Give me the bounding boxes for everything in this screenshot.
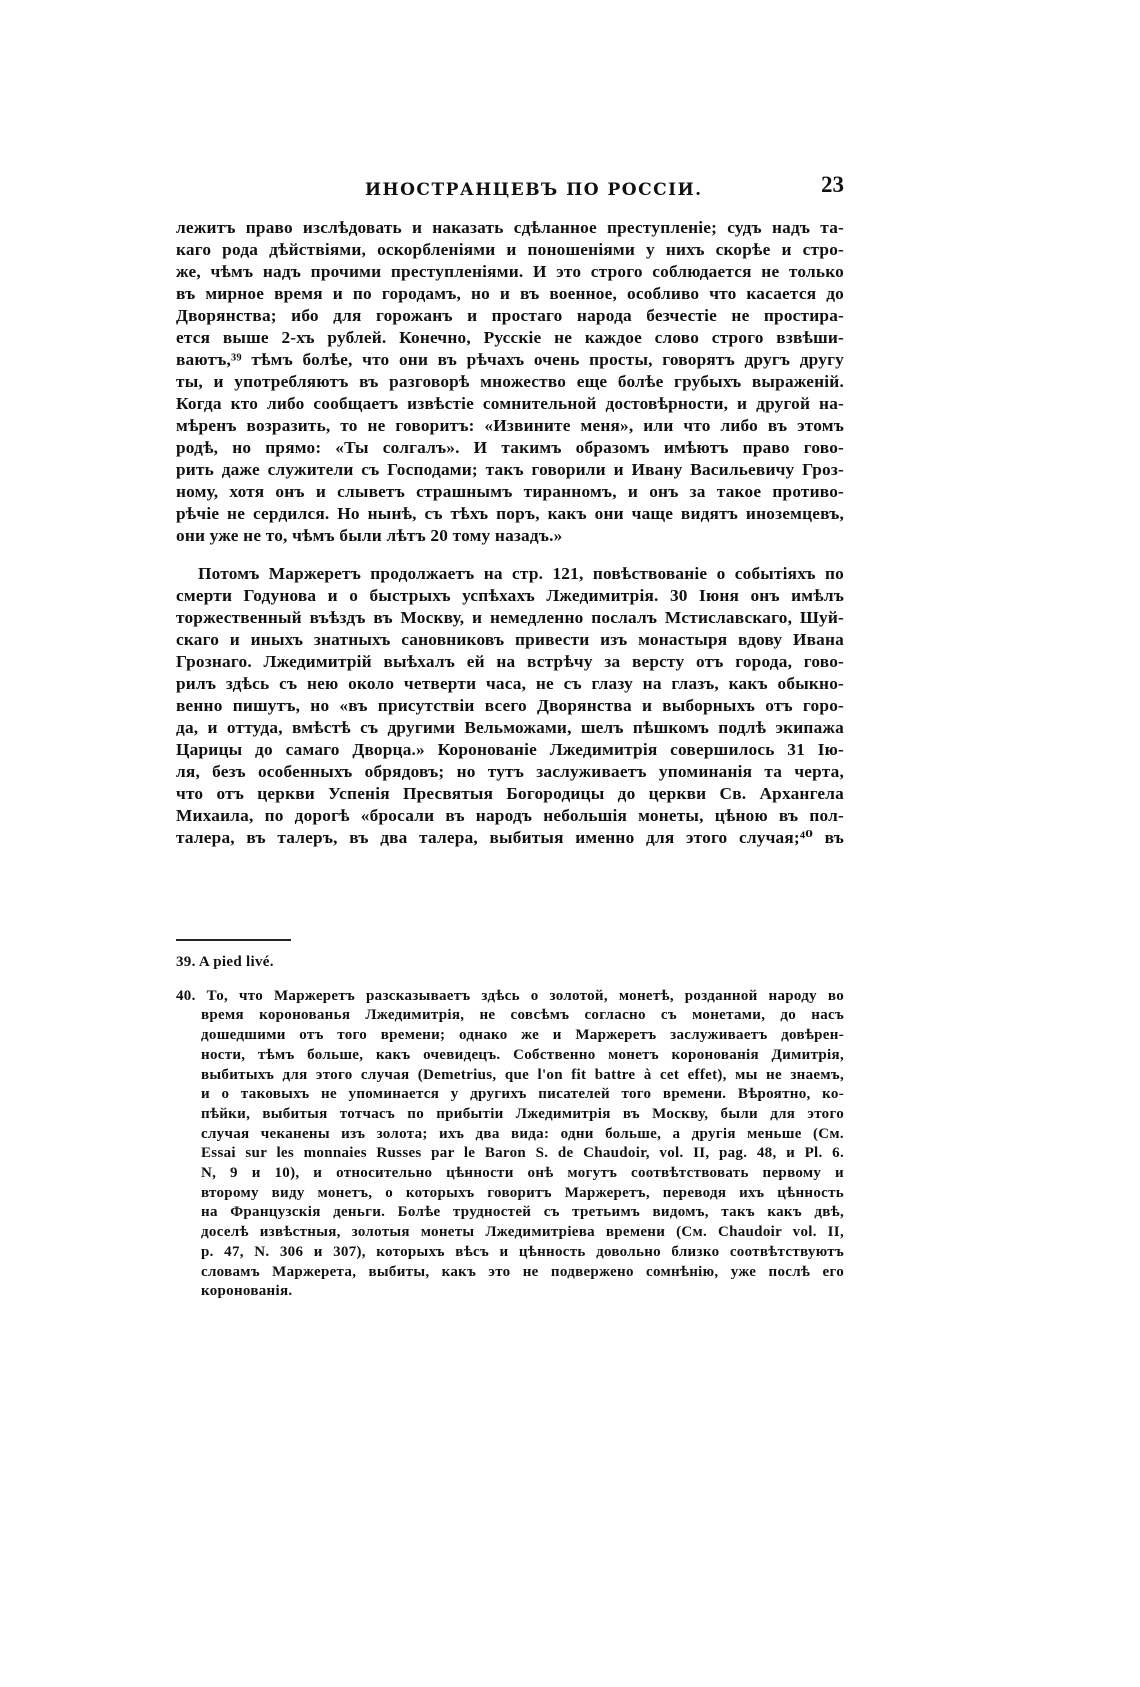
footnote-separator: [176, 939, 291, 941]
text-line: Когда кто либо сообщаетъ извѣстіе сомнит…: [176, 393, 844, 415]
footnote-text: То, что Маржеретъ разсказываетъ здѣсь о …: [207, 988, 844, 1004]
text-line: да, и оттуда, вмѣстѣ съ другими Вельможа…: [176, 717, 844, 739]
text-line: рѣчіе не сердился. Но нынѣ, съ тѣхъ поръ…: [176, 503, 844, 525]
text-line: родѣ, но прямо: «Ты солгалъ». И такимъ о…: [176, 437, 844, 459]
footnote-line: второму виду монетъ, о которыхъ говоритъ…: [176, 1184, 844, 1204]
footnote-line: и о таковыхъ не упоминается у другихъ пи…: [176, 1085, 844, 1105]
footnote-line: выбитыхъ для этого случая (Demetrius, qu…: [176, 1066, 844, 1086]
text-line: рилъ здѣсь съ нею около четверти часа, н…: [176, 673, 844, 695]
text-line: ному, хотя онъ и слыветъ страшнымъ тиран…: [176, 481, 844, 503]
text-line: же, чѣмъ надъ прочими преступленіями. И …: [176, 261, 844, 283]
body-text: лежитъ право изслѣдовать и наказать сдѣл…: [176, 217, 844, 849]
text-line: венно пишутъ, но «въ присутствіи всего Д…: [176, 695, 844, 717]
paragraph-gap: [176, 547, 844, 563]
text-line: мѣренъ возразить, то не говоритъ: «Извин…: [176, 415, 844, 437]
footnote-line: p. 47, N. 306 и 307), которыхъ вѣсъ и цѣ…: [176, 1243, 844, 1263]
text-line: торжественный въѣздъ въ Москву, и немедл…: [176, 607, 844, 629]
text-line: что отъ церкви Успенія Пресвятыя Богород…: [176, 783, 844, 805]
footnote-line: на Французскія деньги. Болѣе трудностей …: [176, 1203, 844, 1223]
text-line: Грознаго. Лжедимитрій выѣхалъ ей на встр…: [176, 651, 844, 673]
text-line: смерти Годунова и о быстрыхъ успѣхахъ Лж…: [176, 585, 844, 607]
text-line: ется выше 2-хъ рублей. Конечно, Русскіе …: [176, 327, 844, 349]
running-title: ИНОСТРАНЦЕВЪ ПО РОССІИ.: [365, 180, 703, 200]
footnote-39: 39. A pied livé.: [176, 953, 844, 973]
footnotes: 39. A pied livé. 40. То, что Маржеретъ р…: [176, 953, 844, 1302]
footnote-line: ности, тѣмъ больше, какъ очевидецъ. Собс…: [176, 1046, 844, 1066]
paragraph-2: Потомъ Маржеретъ продолжаетъ на стр. 121…: [176, 563, 844, 849]
text-line: ля, безъ особенныхъ обрядовъ; но тутъ за…: [176, 761, 844, 783]
page-number: 23: [821, 172, 844, 198]
footnote-line: Essai sur les monnaies Russes par le Bar…: [176, 1144, 844, 1164]
footnote-text: A pied livé.: [199, 954, 274, 970]
page-header: ИНОСТРАНЦЕВЪ ПО РОССІИ. 23: [176, 176, 846, 206]
text-line: ты, и употребляютъ въ разговорѣ множеств…: [176, 371, 844, 393]
text-line: Потомъ Маржеретъ продолжаетъ на стр. 121…: [176, 563, 844, 585]
text-line: ваютъ,³⁹ тѣмъ болѣе, что они въ рѣчахъ о…: [176, 349, 844, 371]
text-line: въ мирное время и по городамъ, но и въ в…: [176, 283, 844, 305]
text-line: лежитъ право изслѣдовать и наказать сдѣл…: [176, 217, 844, 239]
footnote-gap: [176, 973, 844, 987]
footnote-line: дошедшими отъ того времени; однако же и …: [176, 1026, 844, 1046]
book-page: ИНОСТРАНЦЕВЪ ПО РОССІИ. 23 лежитъ право …: [0, 0, 1140, 1687]
footnote-line: время коронованья Лжедимитрія, не совсѣм…: [176, 1006, 844, 1026]
footnote-line: словамъ Маржерета, выбиты, какъ это не п…: [176, 1263, 844, 1283]
text-line: Дворянства; ибо для горожанъ и простаго …: [176, 305, 844, 327]
text-line: они уже не то, чѣмъ были лѣтъ 20 тому на…: [176, 525, 844, 547]
footnote-line: пѣйки, выбитыя тотчасъ по прибытіи Лжеди…: [176, 1105, 844, 1125]
footnote-line: случая чеканены изъ золота; ихъ два вида…: [176, 1125, 844, 1145]
text-line: скаго и иныхъ знатныхъ сановниковъ приве…: [176, 629, 844, 651]
text-line: каго рода дѣйствіями, оскорбленіями и по…: [176, 239, 844, 261]
paragraph-1: лежитъ право изслѣдовать и наказать сдѣл…: [176, 217, 844, 547]
footnote-number: 40.: [176, 988, 196, 1004]
footnote-number: 39.: [176, 954, 196, 970]
footnote-line: доселѣ извѣстныя, золотыя монеты Лжедими…: [176, 1223, 844, 1243]
text-line: талера, въ талеръ, въ два талера, выбиты…: [176, 827, 844, 849]
footnote-40: 40. То, что Маржеретъ разсказываетъ здѣс…: [176, 987, 844, 1302]
text-line: Царицы до самаго Дворца.» Коронованіе Лж…: [176, 739, 844, 761]
footnote-line: N, 9 и 10), и относительно цѣнности онѣ …: [176, 1164, 844, 1184]
text-line: Михаила, по дорогѣ «бросали въ народъ не…: [176, 805, 844, 827]
text-line: рить даже служители съ Господами; такъ г…: [176, 459, 844, 481]
footnote-line: коронованія.: [176, 1282, 844, 1302]
